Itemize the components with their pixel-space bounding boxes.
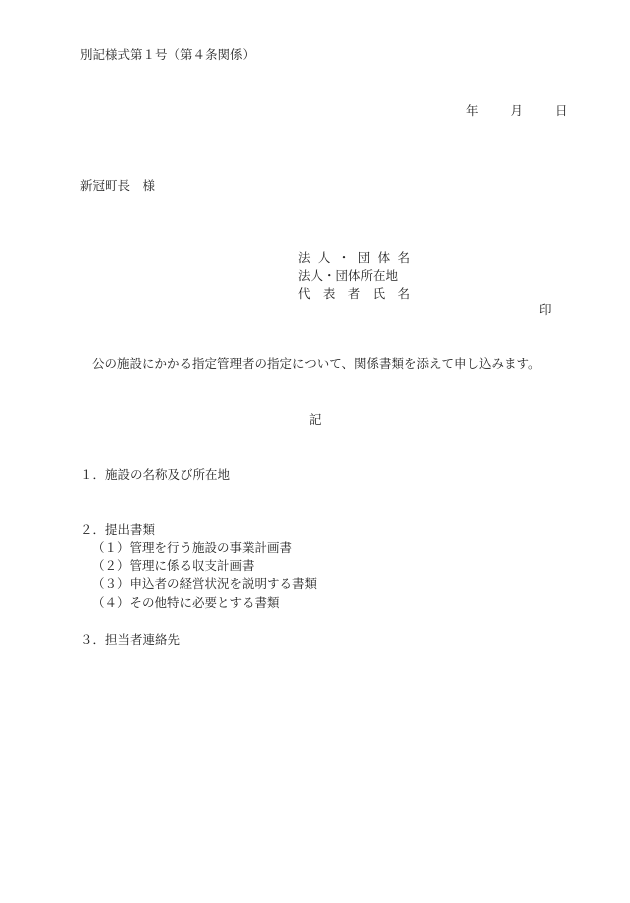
section-2-number: ２．	[80, 522, 105, 537]
date-line: 年 月 日	[466, 105, 567, 118]
representative-name-label: 代表者氏名	[298, 288, 410, 301]
list-item-number: （３）	[92, 576, 130, 591]
section-1-number: １．	[80, 467, 105, 482]
date-day-label: 日	[555, 105, 568, 118]
list-item: （１）管理を行う施設の事業計画書	[92, 542, 292, 555]
section-3-number: ３．	[80, 632, 105, 647]
list-item: （３）申込者の経営状況を説明する書類	[92, 578, 317, 591]
list-item-text: その他特に必要とする書類	[130, 595, 280, 610]
section-3-title: 担当者連絡先	[105, 632, 180, 647]
seal-label: 印	[539, 304, 552, 317]
section-1: １．施設の名称及び所在地	[80, 469, 230, 482]
list-item-text: 申込者の経営状況を説明する書類	[130, 576, 318, 591]
list-item-number: （１）	[92, 540, 130, 555]
section-1-title: 施設の名称及び所在地	[105, 467, 230, 482]
ki-heading: 記	[309, 414, 322, 427]
applicant-block: 法人・団体名 法人・団体所在地 代表者氏名	[298, 252, 410, 306]
list-item: （４）その他特に必要とする書類	[92, 597, 280, 610]
date-month-label: 月	[510, 105, 523, 118]
addressee: 新冠町長 様	[80, 180, 155, 193]
list-item: （２）管理に係る収支計画書	[92, 560, 255, 573]
form-number: 別記様式第１号（第４条関係）	[80, 49, 255, 62]
section-2-title: 提出書類	[105, 522, 155, 537]
list-item-text: 管理を行う施設の事業計画書	[130, 540, 293, 555]
list-item-text: 管理に係る収支計画書	[130, 558, 255, 573]
applicant-name-label: 法人・団体名	[298, 252, 410, 265]
list-item-number: （４）	[92, 595, 130, 610]
applicant-address-label: 法人・団体所在地	[298, 270, 396, 283]
body-text: 公の施設にかかる指定管理者の指定について、関係書類を添えて申し込みます。	[92, 358, 541, 371]
section-2: ２．提出書類	[80, 524, 155, 537]
section-3: ３．担当者連絡先	[80, 634, 180, 647]
list-item-number: （２）	[92, 558, 130, 573]
date-year-label: 年	[466, 105, 479, 118]
